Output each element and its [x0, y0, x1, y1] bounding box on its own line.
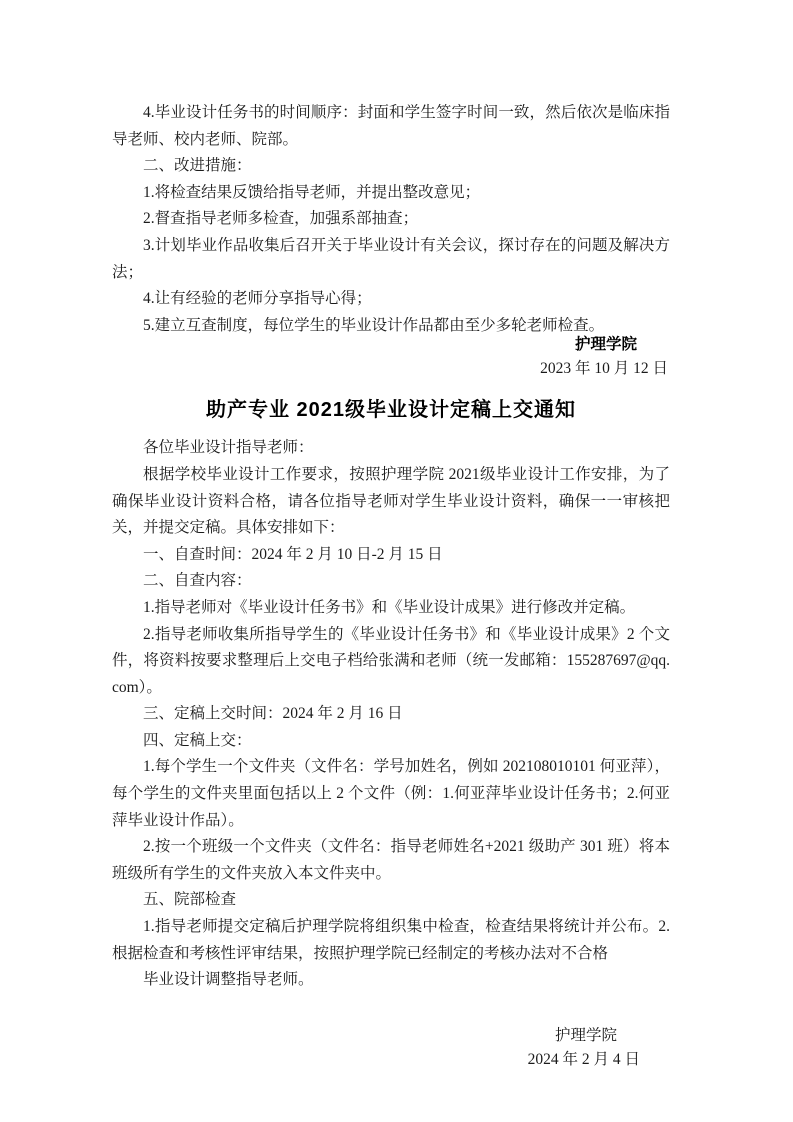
notice-title: 助产专业 2021级毕业设计定稿上交通知 [112, 395, 670, 425]
paragraph: 3.计划毕业作品收集后召开关于毕业设计有关会议，探讨存在的问题及解决方法； [112, 233, 670, 286]
paragraph: 一、自查时间：2024 年 2 月 10 日-2 月 15 日 [112, 542, 670, 569]
paragraph: 四、定稿上交： [112, 728, 670, 755]
paragraph: 1.指导老师对《毕业设计任务书》和《毕业设计成果》进行修改并定稿。 [112, 595, 670, 622]
document-page: 4.毕业设计任务书的时间顺序：封面和学生签字时间一致，然后依次是临床指导老师、校… [0, 0, 793, 1122]
paragraph: 毕业设计调整指导老师。 [112, 967, 670, 994]
paragraph: 4.毕业设计任务书的时间顺序：封面和学生签字时间一致，然后依次是临床指导老师、校… [112, 100, 670, 153]
notice-section-1: 4.毕业设计任务书的时间顺序：封面和学生签字时间一致，然后依次是临床指导老师、校… [112, 100, 670, 381]
paragraph: 1.指导老师提交定稿后护理学院将组织集中检查，检查结果将统计并公布。2.根据检查… [112, 914, 670, 967]
salutation: 各位毕业设计指导老师： [112, 435, 670, 462]
paragraph: 二、改进措施： [112, 153, 670, 180]
signature-date: 2023 年 10 月 12 日 [112, 357, 670, 381]
signature-org: 护理学院 [112, 1024, 670, 1048]
paragraph: 4.让有经验的老师分享指导心得； [112, 286, 670, 313]
paragraph: 二、自查内容： [112, 568, 670, 595]
paragraph: 2.按一个班级一个文件夹（文件名：指导老师姓名+2021 级助产 301 班）将… [112, 834, 670, 887]
paragraph: 根据学校毕业设计工作要求，按照护理学院 2021级毕业设计工作安排，为了确保毕业… [112, 462, 670, 542]
paragraph: 五、院部检查 [112, 887, 670, 914]
signature-block-2: 护理学院 2024 年 2 月 4 日 [112, 1024, 670, 1072]
paragraph: 三、定稿上交时间：2024 年 2 月 16 日 [112, 701, 670, 728]
paragraph: 2.督查指导老师多检查，加强系部抽查； [112, 206, 670, 233]
paragraph: 2.指导老师收集所指导学生的《毕业设计任务书》和《毕业设计成果》2 个文件，将资… [112, 622, 670, 702]
signature-block-1: 护理学院 2023 年 10 月 12 日 [112, 333, 670, 381]
notice-section-2: 助产专业 2021级毕业设计定稿上交通知 各位毕业设计指导老师： 根据学校毕业设… [112, 395, 670, 1071]
paragraph: 1.每个学生一个文件夹（文件名：学号加姓名，例如 202108010101 何亚… [112, 754, 670, 834]
signature-date: 2024 年 2 月 4 日 [112, 1048, 670, 1072]
paragraph: 1.将检查结果反馈给指导老师，并提出整改意见； [112, 180, 670, 207]
